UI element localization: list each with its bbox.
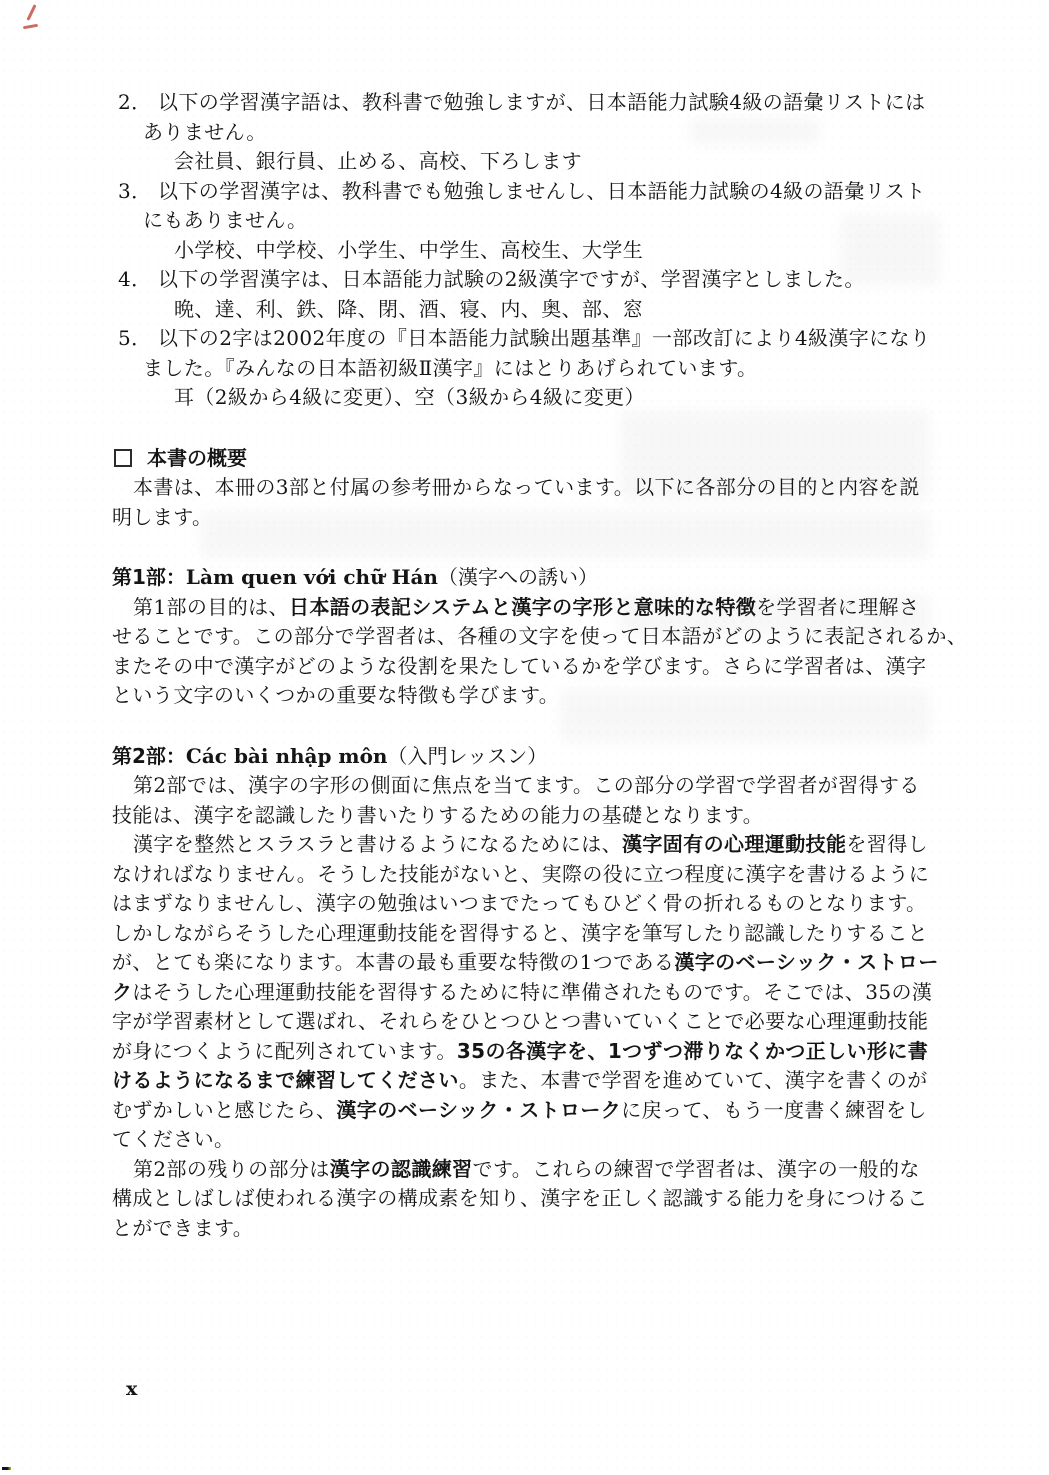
text-line: 第1部の目的は、日本語の表記システムと漢字の字形と意味的な特徴を学習者に理解さ — [112, 593, 992, 623]
body-text: 第1部の目的は、 — [133, 595, 289, 619]
paragraph: 第2部の残りの部分は漢字の認識練習です。これらの練習で学習者は、漢字の一般的な構… — [112, 1155, 992, 1244]
body-text: はまずなりませんし、漢字の勉強はいつまでたってもひどく骨の折れるものとなります。 — [112, 891, 926, 915]
text-line: とができます。 — [112, 1214, 992, 1244]
item-number: 5． — [118, 324, 158, 354]
emphasis-text: 日本語の表記システムと漢字の字形と意味的な特徴 — [289, 595, 756, 619]
body-text: とができます。 — [112, 1216, 253, 1240]
emphasis-text: ク — [112, 980, 132, 1004]
text-line: 小学校、中学校、小学生、中学生、高校生、大学生 — [174, 236, 992, 266]
emphasis-text: 漢字のベーシック・ストローク — [336, 1098, 621, 1122]
body-text: 本書は、本冊の3部と付属の参考冊からなっています。以下に各部分の目的と内容を説 — [133, 475, 920, 499]
body-text: 構成としばしば使われる漢字の構成素を知り、漢字を正しく認識する能力を身につけるこ — [112, 1186, 928, 1210]
body-text: しかしながらそうした心理運動技能を習得すると、漢字を筆写したり認識したりすること — [112, 921, 928, 945]
text-line: 4．以下の学習漢字は、日本語能力試験の2級漢字ですが、学習漢字としました。 — [118, 265, 992, 295]
body-text: に戻って、もう一度書く練習をし — [621, 1098, 927, 1122]
numbered-item: 3．以下の学習漢字は、教科書でも勉強しませんし、日本語能力試験の4級の語彙リスト… — [112, 177, 992, 236]
text-line: 明します。 — [112, 503, 992, 533]
emphasis-text: 漢字の認識練習 — [330, 1157, 473, 1181]
corner-scan-artifact — [2, 1467, 11, 1470]
body-text: 字が学習素材として選ばれ、それらをひとつひとつ書いていくことで必要な心理運動技能 — [112, 1009, 928, 1033]
emphasis-text: 35の各漢字を、1つずつ滞りなくかつ正しい形に書 — [457, 1039, 928, 1063]
paragraph: 漢字を整然とスラスラと書けるようになるためには、漢字固有の心理運動技能を習得しな… — [112, 830, 992, 1155]
text-line: 第2部の残りの部分は漢字の認識練習です。これらの練習で学習者は、漢字の一般的な — [112, 1155, 992, 1185]
paragraph: 第1部の目的は、日本語の表記システムと漢字の字形と意味的な特徴を学習者に理解させ… — [112, 593, 992, 711]
text-line: むずかしいと感じたら、漢字のベーシック・ストロークに戻って、もう一度書く練習をし — [112, 1096, 992, 1126]
text-line: てください。 — [112, 1125, 992, 1155]
scanned-page: { "page": { "page_number": "x" }, "accen… — [0, 0, 1049, 1475]
body-text: 以下の学習漢字語は、教科書で勉強しますが、日本語能力試験4級の語彙リストには — [158, 90, 926, 114]
text-line: はまずなりませんし、漢字の勉強はいつまでたってもひどく骨の折れるものとなります。 — [112, 889, 992, 919]
body-text: 技能は、漢字を認識したり書いたりするための能力の基礎となります。 — [112, 803, 763, 827]
text-line: しかしながらそうした心理運動技能を習得すると、漢字を筆写したり認識したりすること — [112, 919, 992, 949]
part-title-japanese: （入門レッスン） — [387, 744, 547, 768]
part-title-vietnamese: Các bài nhập môn — [186, 744, 388, 768]
text-line: けるようになるまで練習してください。また、本書で学習を進めていて、漢字を書くのが — [112, 1066, 992, 1096]
body-text: むずかしいと感じたら、 — [112, 1098, 336, 1122]
part-heading: 第2部：Các bài nhập môn（入門レッスン） — [112, 742, 992, 772]
item-number: 3． — [118, 177, 158, 207]
square-bullet-icon — [114, 449, 132, 467]
text-line: 2．以下の学習漢字語は、教科書で勉強しますが、日本語能力試験4級の語彙リストには — [118, 88, 992, 118]
text-line: 構成としばしば使われる漢字の構成素を知り、漢字を正しく認識する能力を身につけるこ — [112, 1184, 992, 1214]
text-line: 字が学習素材として選ばれ、それらをひとつひとつ書いていくことで必要な心理運動技能 — [112, 1007, 992, 1037]
text-line: 3．以下の学習漢字は、教科書でも勉強しませんし、日本語能力試験の4級の語彙リスト — [118, 177, 992, 207]
text-line: にもありません。 — [143, 206, 992, 236]
body-text: 晩、達、利、鉄、降、閉、酒、寝、内、奥、部、窓 — [174, 297, 643, 321]
body-text: せることです。この部分で学習者は、各種の文字を使って日本語がどのように表記される… — [112, 624, 967, 648]
example-block: 会社員、銀行員、止める、高校、下ろします — [112, 147, 992, 177]
part-number-label: 第2部： — [112, 744, 186, 768]
part-title-vietnamese: Làm quen với chữ Hán — [186, 565, 438, 589]
document-text-block: 2．以下の学習漢字語は、教科書で勉強しますが、日本語能力試験4級の語彙リストには… — [112, 88, 992, 1243]
emphasis-text: けるようになるまで練習してください — [112, 1068, 459, 1092]
body-text: はそうした心理運動技能を習得するために特に準備されたものです。そこでは、35の漢 — [132, 980, 932, 1004]
part-title-japanese: （漢字への誘い） — [438, 565, 598, 589]
paragraph: 第2部では、漢字の字形の側面に焦点を当てます。この部分の学習で学習者が習得する技… — [112, 771, 992, 830]
text-line: 晩、達、利、鉄、降、閉、酒、寝、内、奥、部、窓 — [174, 295, 992, 325]
text-line: 会社員、銀行員、止める、高校、下ろします — [174, 147, 992, 177]
body-text: を習得し — [846, 832, 928, 856]
text-line: せることです。この部分で学習者は、各種の文字を使って日本語がどのように表記される… — [112, 622, 992, 652]
text-line: またその中で漢字がどのような役割を果たしているかを学びます。さらに学習者は、漢字 — [112, 652, 992, 682]
body-text: ました。『みんなの日本語初級Ⅱ漢字』にはとりあげられています。 — [143, 356, 757, 380]
text-line: 本書は、本冊の3部と付属の参考冊からなっています。以下に各部分の目的と内容を説 — [112, 473, 992, 503]
text-line: なければなりません。そうした技能がないと、実際の役に立つ程度に漢字を書けるように — [112, 860, 992, 890]
red-pen-mark — [26, 4, 36, 21]
body-text: 明します。 — [112, 505, 212, 529]
emphasis-text: 漢字固有の心理運動技能 — [622, 832, 846, 856]
example-block: 晩、達、利、鉄、降、閉、酒、寝、内、奥、部、窓 — [112, 295, 992, 325]
body-text: にもありません。 — [143, 208, 307, 232]
text-line: 5．以下の2字は2002年度の『日本語能力試験出題基準』一部改訂により4級漢字に… — [118, 324, 992, 354]
body-text: 漢字を整然とスラスラと書けるようになるためには、 — [133, 832, 622, 856]
body-text: が身につくように配列されています。 — [112, 1039, 457, 1063]
text-line: が、とても楽になります。本書の最も重要な特徴の1つである漢字のベーシック・ストロ… — [112, 948, 992, 978]
body-text: てください。 — [112, 1127, 234, 1151]
body-text: 第2部では、漢字の字形の側面に焦点を当てます。この部分の学習で学習者が習得する — [133, 773, 920, 797]
emphasis-text: 漢字のベーシック・ストロー — [674, 950, 938, 974]
body-text: が、とても楽になります。本書の最も重要な特徴の1つである — [112, 950, 674, 974]
body-text: 。また、本書で学習を進めていて、漢字を書くのが — [459, 1068, 928, 1092]
body-text: 会社員、銀行員、止める、高校、下ろします — [174, 149, 582, 173]
body-text: です。これらの練習で学習者は、漢字の一般的な — [473, 1157, 920, 1181]
numbered-item: 2．以下の学習漢字語は、教科書で勉強しますが、日本語能力試験4級の語彙リストには… — [112, 88, 992, 147]
text-line: ました。『みんなの日本語初級Ⅱ漢字』にはとりあげられています。 — [143, 354, 992, 384]
item-number: 4． — [118, 265, 158, 295]
body-text: という文字のいくつかの重要な特徴も学びます。 — [112, 683, 559, 707]
part-number-label: 第1部： — [112, 565, 186, 589]
body-text: 第2部の残りの部分は — [133, 1157, 330, 1181]
body-text: を学習者に理解さ — [756, 595, 919, 619]
body-text: 小学校、中学校、小学生、中学生、高校生、大学生 — [174, 238, 643, 262]
paragraph: 本書は、本冊の3部と付属の参考冊からなっています。以下に各部分の目的と内容を説明… — [112, 473, 992, 532]
part-heading: 第1部：Làm quen với chữ Hán（漢字への誘い） — [112, 563, 992, 593]
red-pen-mark — [23, 24, 38, 30]
body-text: 以下の学習漢字は、日本語能力試験の2級漢字ですが、学習漢字としました。 — [158, 267, 865, 291]
example-block: 小学校、中学校、小学生、中学生、高校生、大学生 — [112, 236, 992, 266]
text-line: ありません。 — [143, 118, 992, 148]
overview-heading-label: 本書の概要 — [147, 446, 247, 470]
page-number: x — [126, 1378, 137, 1400]
body-text: またその中で漢字がどのような役割を果たしているかを学びます。さらに学習者は、漢字 — [112, 654, 926, 678]
body-text: 以下の学習漢字は、教科書でも勉強しませんし、日本語能力試験の4級の語彙リスト — [158, 179, 926, 203]
item-number: 2． — [118, 88, 158, 118]
body-text: 耳（2級から4級に変更）、空（3級から4級に変更） — [174, 385, 645, 409]
example-block: 耳（2級から4級に変更）、空（3級から4級に変更） — [112, 383, 992, 413]
numbered-item: 4．以下の学習漢字は、日本語能力試験の2級漢字ですが、学習漢字としました。 — [112, 265, 992, 295]
body-text: なければなりません。そうした技能がないと、実際の役に立つ程度に漢字を書けるように — [112, 862, 929, 886]
text-line: 耳（2級から4級に変更）、空（3級から4級に変更） — [174, 383, 992, 413]
text-line: クはそうした心理運動技能を習得するために特に準備されたものです。そこでは、35の… — [112, 978, 992, 1008]
overview-heading: 本書の概要 — [114, 444, 992, 474]
text-line: という文字のいくつかの重要な特徴も学びます。 — [112, 681, 992, 711]
text-line: 第2部では、漢字の字形の側面に焦点を当てます。この部分の学習で学習者が習得する — [112, 771, 992, 801]
text-line: 技能は、漢字を認識したり書いたりするための能力の基礎となります。 — [112, 801, 992, 831]
body-text: 以下の2字は2002年度の『日本語能力試験出題基準』一部改訂により4級漢字になり — [158, 326, 930, 350]
numbered-item: 5．以下の2字は2002年度の『日本語能力試験出題基準』一部改訂により4級漢字に… — [112, 324, 992, 383]
text-line: が身につくように配列されています。35の各漢字を、1つずつ滞りなくかつ正しい形に… — [112, 1037, 992, 1067]
body-text: ありません。 — [143, 120, 267, 144]
text-line: 漢字を整然とスラスラと書けるようになるためには、漢字固有の心理運動技能を習得し — [112, 830, 992, 860]
